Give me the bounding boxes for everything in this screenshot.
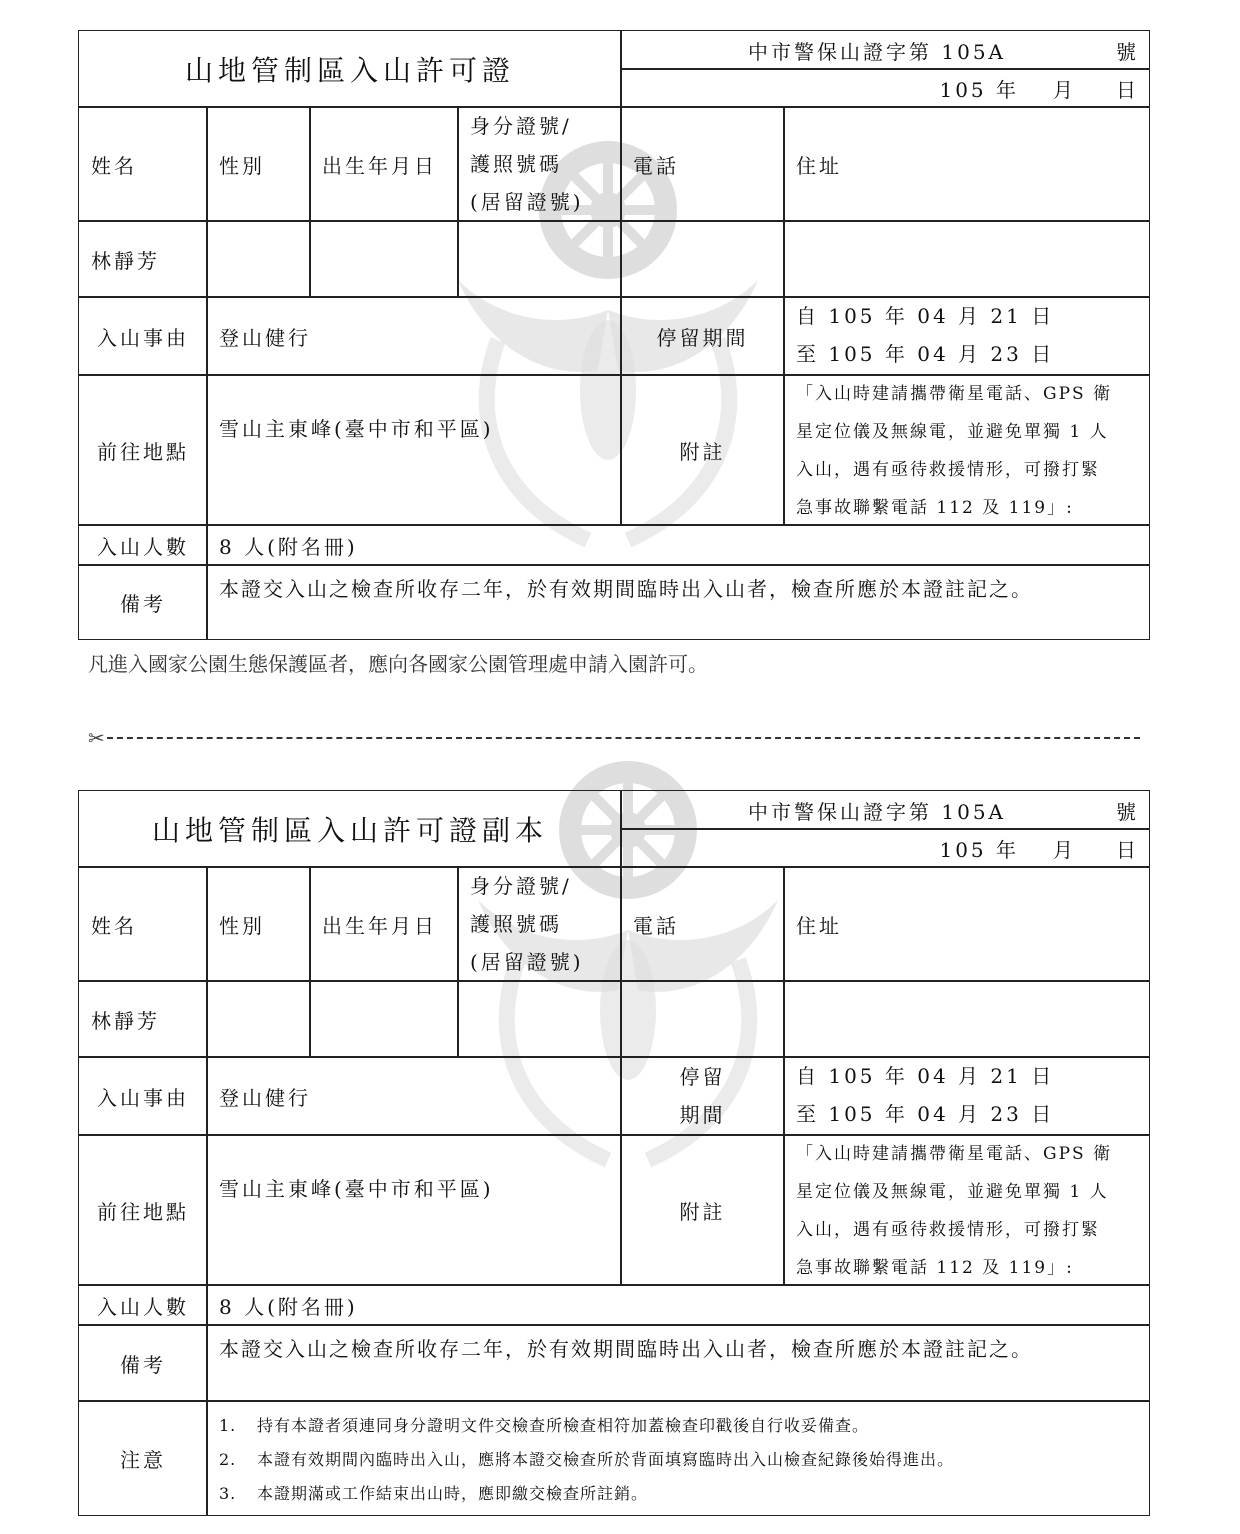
header-id-line3: (居留證號)	[470, 943, 584, 981]
purpose-value: 登山健行	[206, 1056, 622, 1136]
header-id-line2: 護照號碼	[470, 145, 562, 183]
purpose-value: 登山健行	[206, 296, 622, 376]
mountain-permit-copy: 山地管制區入山許可證副本 中市警保山證字第 105A 號 105 年 月 日 姓…	[78, 790, 1150, 1516]
caution-number: 3.	[219, 1484, 257, 1503]
destination-label: 前往地點	[78, 1134, 208, 1286]
caution-label: 注意	[78, 1400, 208, 1516]
header-id-line1: 身分證號/	[470, 107, 572, 145]
header-id-line1: 身分證號/	[470, 867, 572, 905]
header-name: 姓名	[78, 866, 208, 982]
copy-date: 105 年 月 日	[620, 828, 1150, 868]
serial-suffix: 號	[1116, 36, 1139, 65]
note-text: 「入山時建請攜帶衛星電話、GPS 衛 星定位儀及無線電，並避免單獨 1 人 入山…	[783, 374, 1150, 526]
remarks-label: 備考	[78, 564, 208, 640]
count-label: 入山人數	[78, 524, 208, 566]
stay-from: 自 105 年 04 月 21 日	[796, 297, 1054, 335]
caution-list: 1.持有本證者須連同身分證明文件交檢查所檢查相符加蓋檢查印戳後自行收妥備查。 2…	[206, 1400, 1150, 1516]
permit-date: 105 年 月 日	[620, 68, 1150, 108]
note-text: 「入山時建請攜帶衛星電話、GPS 衛 星定位儀及無線電，並避免單獨 1 人 入山…	[783, 1134, 1150, 1286]
header-birth: 出生年月日	[309, 106, 459, 222]
person-gender	[206, 980, 311, 1058]
purpose-label: 入山事由	[78, 1056, 208, 1136]
date-day: 日	[1116, 834, 1139, 863]
note-line: 入山，遇有亟待救援情形，可撥打緊	[796, 451, 1100, 489]
stay-label: 停留 期間	[620, 1056, 785, 1136]
header-gender: 性別	[206, 866, 311, 982]
header-id: 身分證號/ 護照號碼 (居留證號)	[457, 866, 622, 982]
caution-item: 3.本證期滿或工作結束出山時，應即繳交檢查所註銷。	[219, 1481, 954, 1504]
caution-text: 本證期滿或工作結束出山時，應即繳交檢查所註銷。	[257, 1484, 648, 1503]
stay-label: 停留期間	[620, 296, 785, 376]
person-birth	[309, 220, 459, 298]
note-line: 入山，遇有亟待救援情形，可撥打緊	[796, 1211, 1100, 1249]
serial-label: 中市警保山證字第 105A	[748, 36, 1006, 65]
note-line: 「入山時建請攜帶衛星電話、GPS 衛	[796, 1135, 1112, 1173]
destination-value: 雪山主東峰(臺中市和平區)	[206, 1134, 622, 1286]
scissors-icon: ✂	[88, 728, 105, 748]
caution-text: 持有本證者須連同身分證明文件交檢查所檢查相符加蓋檢查印戳後自行收妥備查。	[257, 1416, 869, 1435]
national-park-note: 凡進入國家公園生態保護區者，應向各國家公園管理處申請入園許可。	[88, 648, 708, 677]
note-line: 「入山時建請攜帶衛星電話、GPS 衛	[796, 375, 1112, 413]
count-value: 8 人(附名冊)	[206, 524, 1150, 566]
note-line: 星定位儀及無線電，並避免單獨 1 人	[796, 1173, 1109, 1211]
permit-serial: 中市警保山證字第 105A 號	[620, 30, 1150, 70]
count-value: 8 人(附名冊)	[206, 1284, 1150, 1326]
stay-period: 自 105 年 04 月 21 日 至 105 年 04 月 23 日	[783, 1056, 1150, 1136]
person-phone	[620, 980, 785, 1058]
person-phone	[620, 220, 785, 298]
note-line: 星定位儀及無線電，並避免單獨 1 人	[796, 413, 1109, 451]
note-line: 急事故聯繫電話 112 及 119」:	[796, 1249, 1074, 1287]
remarks-value: 本證交入山之檢查所收存二年，於有效期間臨時出入山者，檢查所應於本證註記之。	[206, 1324, 1150, 1402]
count-label: 入山人數	[78, 1284, 208, 1326]
stay-from: 自 105 年 04 月 21 日	[796, 1057, 1054, 1095]
destination-value: 雪山主東峰(臺中市和平區)	[206, 374, 622, 526]
serial-label: 中市警保山證字第 105A	[748, 796, 1006, 825]
person-address	[783, 980, 1150, 1058]
date-year: 105 年	[939, 74, 1019, 103]
person-name: 林靜芳	[78, 220, 208, 298]
destination-label: 前往地點	[78, 374, 208, 526]
purpose-label: 入山事由	[78, 296, 208, 376]
date-month: 月	[1053, 74, 1076, 103]
remarks-label: 備考	[78, 1324, 208, 1402]
stay-to: 至 105 年 04 月 23 日	[796, 335, 1054, 373]
copy-title: 山地管制區入山許可證副本	[78, 790, 622, 868]
caution-number: 2.	[219, 1450, 257, 1469]
remarks-value: 本證交入山之檢查所收存二年，於有效期間臨時出入山者，檢查所應於本證註記之。	[206, 564, 1150, 640]
permit-title: 山地管制區入山許可證	[78, 30, 622, 108]
note-label: 附註	[620, 1134, 785, 1286]
header-address: 住址	[783, 106, 1150, 222]
person-id	[457, 980, 622, 1058]
header-address: 住址	[783, 866, 1150, 982]
cut-line: ✂	[88, 728, 1140, 748]
date-year: 105 年	[939, 834, 1019, 863]
caution-item: 2.本證有效期間內臨時出入山，應將本證交檢查所於背面填寫臨時出入山檢查紀錄後始得…	[219, 1447, 954, 1470]
person-birth	[309, 980, 459, 1058]
header-phone: 電話	[620, 866, 785, 982]
header-id: 身分證號/ 護照號碼 (居留證號)	[457, 106, 622, 222]
note-label: 附註	[620, 374, 785, 526]
date-month: 月	[1053, 834, 1076, 863]
header-gender: 性別	[206, 106, 311, 222]
header-birth: 出生年月日	[309, 866, 459, 982]
serial-suffix: 號	[1116, 796, 1139, 825]
copy-serial: 中市警保山證字第 105A 號	[620, 790, 1150, 830]
stay-to: 至 105 年 04 月 23 日	[796, 1095, 1054, 1133]
mountain-permit: 山地管制區入山許可證 中市警保山證字第 105A 號 105 年 月 日 姓名 …	[78, 30, 1150, 640]
caution-item: 1.持有本證者須連同身分證明文件交檢查所檢查相符加蓋檢查印戳後自行收妥備查。	[219, 1413, 954, 1436]
date-day: 日	[1116, 74, 1139, 103]
person-address	[783, 220, 1150, 298]
header-id-line2: 護照號碼	[470, 905, 562, 943]
person-gender	[206, 220, 311, 298]
stay-label-line1: 停留	[680, 1058, 726, 1096]
header-phone: 電話	[620, 106, 785, 222]
header-name: 姓名	[78, 106, 208, 222]
stay-label-line2: 期間	[680, 1096, 726, 1134]
person-id	[457, 220, 622, 298]
note-line: 急事故聯繫電話 112 及 119」:	[796, 489, 1074, 527]
caution-number: 1.	[219, 1416, 257, 1435]
header-id-line3: (居留證號)	[470, 183, 584, 221]
dashed-line	[107, 737, 1140, 739]
stay-period: 自 105 年 04 月 21 日 至 105 年 04 月 23 日	[783, 296, 1150, 376]
person-name: 林靜芳	[78, 980, 208, 1058]
caution-text: 本證有效期間內臨時出入山，應將本證交檢查所於背面填寫臨時出入山檢查紀錄後始得進出…	[257, 1450, 954, 1469]
permit-page: 山地管制區入山許可證 中市警保山證字第 105A 號 105 年 月 日 姓名 …	[0, 0, 1240, 1534]
